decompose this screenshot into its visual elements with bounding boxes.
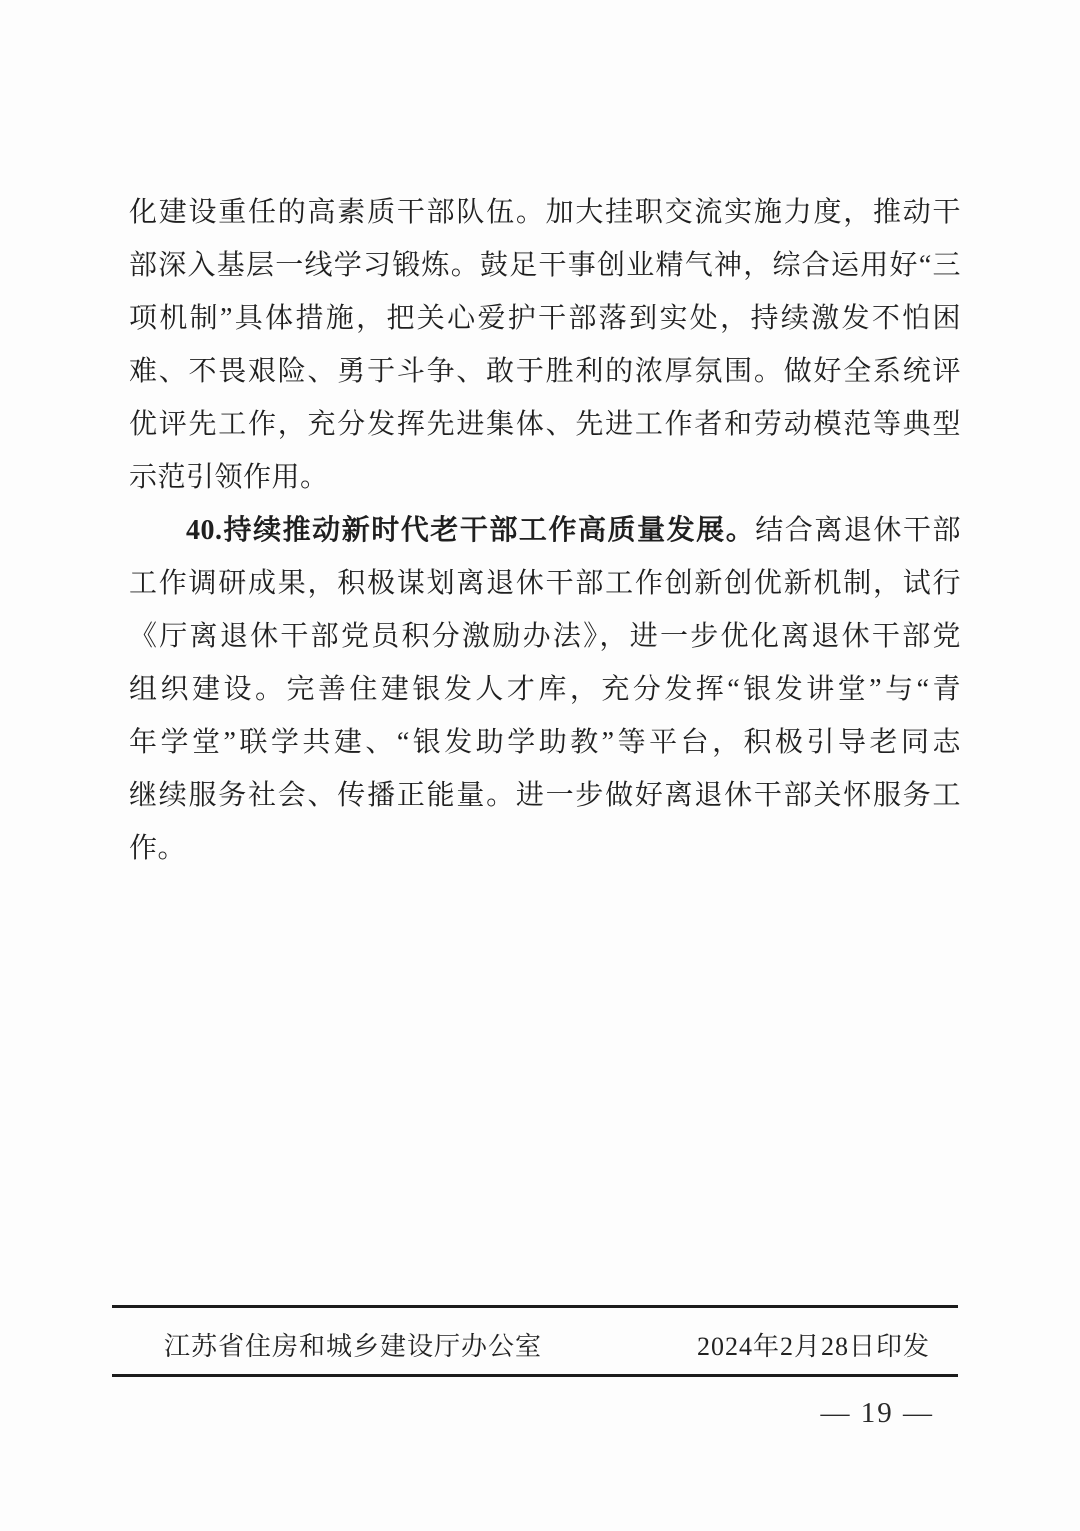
- footer-print-date: 2024年2月28日印发: [697, 1324, 930, 1370]
- text-line: 难、不畏艰险、勇于斗争、敢于胜利的浓厚氛围。做好全系统评: [129, 345, 961, 398]
- text-segment: 结合离退休干部: [755, 515, 961, 546]
- document-body: 化建设重任的高素质干部队伍。加大挂职交流实施力度，推动干部深入基层一线学习锻炼。…: [129, 186, 961, 875]
- text-line: 《厅离退休干部党员积分激励办法》，进一步优化离退休干部党: [129, 610, 961, 663]
- text-segment: 《厅离退休干部党员积分激励办法》，进一步优化离退休干部党: [129, 621, 961, 652]
- text-line: 年学堂”联学共建、“银发助学助教”等平台，积极引导老同志: [129, 716, 961, 769]
- footer-divider-top: [112, 1305, 958, 1308]
- footer: 江苏省住房和城乡建设厅办公室 2024年2月28日印发: [112, 1324, 958, 1370]
- text-line: 继续服务社会、传播正能量。进一步做好离退休干部关怀服务工: [129, 769, 961, 822]
- text-line: 示范引领作用。: [129, 451, 961, 504]
- text-segment: 难、不畏艰险、勇于斗争、敢于胜利的浓厚氛围。做好全系统评: [129, 356, 961, 387]
- text-segment: 作。: [129, 833, 186, 864]
- text-line: 化建设重任的高素质干部队伍。加大挂职交流实施力度，推动干: [129, 186, 961, 239]
- page-number: — 19 —: [821, 1393, 935, 1433]
- text-line: 优评先工作，充分发挥先进集体、先进工作者和劳动模范等典型: [129, 398, 961, 451]
- text-line: 40.持续推动新时代老干部工作高质量发展。结合离退休干部: [129, 504, 961, 557]
- text-line: 项机制”具体措施，把关心爱护干部落到实处，持续激发不怕困: [129, 292, 961, 345]
- text-segment: 部深入基层一线学习锻炼。鼓足干事创业精气神，综合运用好“三: [129, 250, 961, 281]
- text-segment: 化建设重任的高素质干部队伍。加大挂职交流实施力度，推动干: [129, 197, 961, 228]
- item-heading-segment: 40.持续推动新时代老干部工作高质量发展。: [186, 515, 755, 546]
- text-segment: 优评先工作，充分发挥先进集体、先进工作者和劳动模范等典型: [129, 409, 961, 440]
- text-line: 组织建设。完善住建银发人才库，充分发挥“银发讲堂”与“青: [129, 663, 961, 716]
- text-line: 部深入基层一线学习锻炼。鼓足干事创业精气神，综合运用好“三: [129, 239, 961, 292]
- text-line: 作。: [129, 822, 961, 875]
- document-page: 化建设重任的高素质干部队伍。加大挂职交流实施力度，推动干部深入基层一线学习锻炼。…: [0, 0, 1080, 1531]
- footer-divider-bottom: [112, 1374, 958, 1377]
- text-segment: 工作调研成果，积极谋划离退休干部工作创新创优新机制，试行: [129, 568, 961, 599]
- text-segment: 继续服务社会、传播正能量。进一步做好离退休干部关怀服务工: [129, 780, 961, 811]
- text-line: 工作调研成果，积极谋划离退休干部工作创新创优新机制，试行: [129, 557, 961, 610]
- text-segment: 组织建设。完善住建银发人才库，充分发挥“银发讲堂”与“青: [129, 674, 961, 705]
- text-segment: 示范引领作用。: [129, 462, 329, 493]
- text-segment: 项机制”具体措施，把关心爱护干部落到实处，持续激发不怕困: [129, 303, 961, 334]
- text-segment: 年学堂”联学共建、“银发助学助教”等平台，积极引导老同志: [129, 727, 961, 758]
- footer-issuer: 江苏省住房和城乡建设厅办公室: [164, 1324, 542, 1370]
